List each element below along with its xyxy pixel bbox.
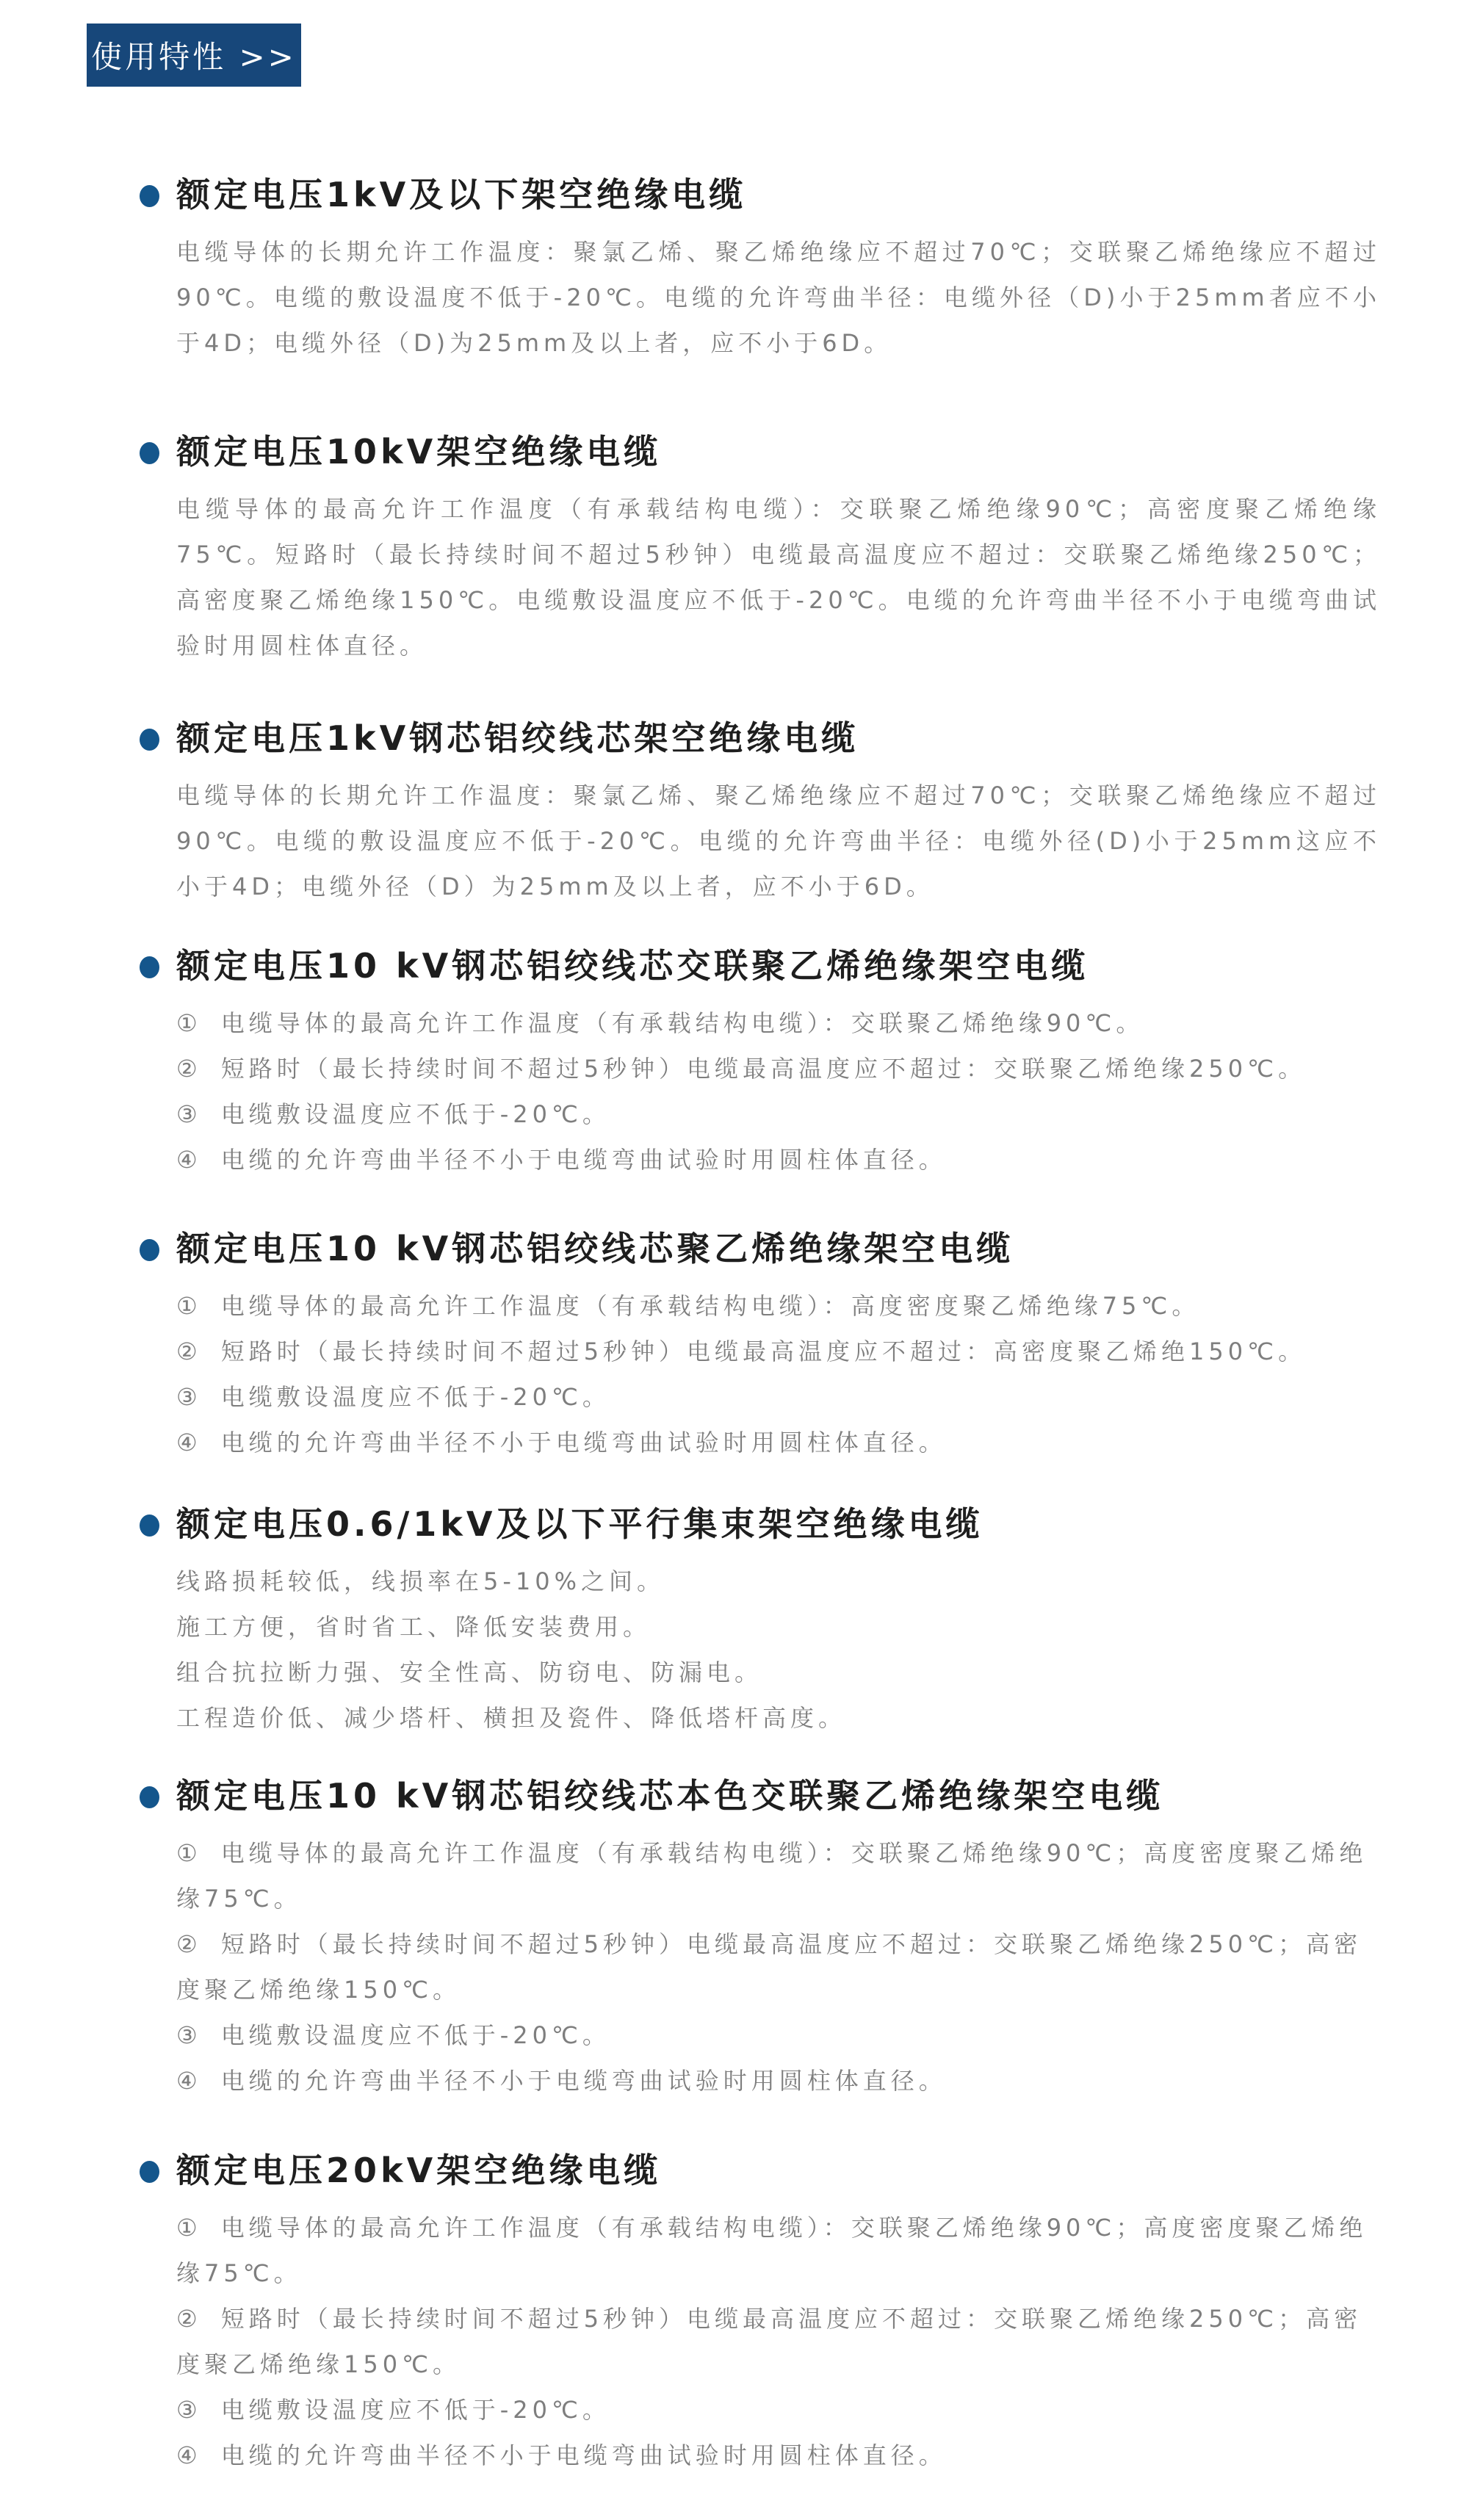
numbered-item: ①电缆导体的最高允许工作温度（有承载结构电缆）：交联聚乙烯绝缘90℃；高度密度聚… — [176, 2205, 1381, 2296]
item-number: ① — [176, 1000, 202, 1046]
numbered-item: ②短路时（最长持续时间不超过5秒钟）电缆最高温度应不超过：交联聚乙烯绝缘250℃… — [176, 1046, 1381, 1091]
section-header: 额定电压10 kV钢芯铝绞线芯聚乙烯绝缘架空电缆 — [176, 1230, 1381, 1267]
section-rated-20kv-overhead: 额定电压20kV架空绝缘电缆 ①电缆导体的最高允许工作温度（有承载结构电缆）：交… — [176, 2152, 1381, 2478]
section-title: 额定电压1kV及以下架空绝缘电缆 — [176, 176, 1381, 213]
item-number: ① — [176, 1830, 202, 1876]
item-text: 短路时（最长持续时间不超过5秒钟）电缆最高温度应不超过：交联聚乙烯绝缘250℃。 — [221, 1055, 1306, 1083]
section-title: 额定电压0.6/1kV及以下平行集束架空绝缘电缆 — [176, 1506, 1381, 1542]
item-number: ② — [176, 1329, 202, 1374]
item-number: ④ — [176, 2433, 202, 2478]
section-header: 额定电压1kV及以下架空绝缘电缆 — [176, 176, 1381, 213]
item-text: 电缆导体的最高允许工作温度（有承载结构电缆）：交联聚乙烯绝缘90℃；高度密度聚乙… — [176, 1839, 1367, 1913]
section-header: 额定电压10 kV钢芯铝绞线芯交联聚乙烯绝缘架空电缆 — [176, 947, 1381, 984]
section-body: ①电缆导体的最高允许工作温度（有承载结构电缆）：高度密度聚乙烯绝缘75℃。 ②短… — [176, 1283, 1381, 1465]
section-paragraph: 电缆导体的最高允许工作温度（有承载结构电缆）：交联聚乙烯绝缘90℃；高密度聚乙烯… — [176, 486, 1381, 668]
section-body: 电缆导体的长期允许工作温度：聚氯乙烯、聚乙烯绝缘应不超过70℃；交联聚乙烯绝缘应… — [176, 773, 1381, 909]
section-paragraph: 电缆导体的长期允许工作温度：聚氯乙烯、聚乙烯绝缘应不超过70℃；交联聚乙烯绝缘应… — [176, 773, 1381, 909]
numbered-item: ④电缆的允许弯曲半径不小于电缆弯曲试验时用圆柱体直径。 — [176, 1137, 1381, 1183]
section-paragraph: 施工方便，省时省工、降低安装费用。 — [176, 1604, 1381, 1650]
numbered-item: ①电缆导体的最高允许工作温度（有承载结构电缆）：交联聚乙烯绝缘90℃；高度密度聚… — [176, 1830, 1381, 1921]
bullet-icon — [140, 185, 159, 207]
item-text: 电缆敷设温度应不低于-20℃。 — [221, 2021, 610, 2049]
section-header: 额定电压10kV架空绝缘电缆 — [176, 433, 1381, 470]
numbered-item: ④电缆的允许弯曲半径不小于电缆弯曲试验时用圆柱体直径。 — [176, 2433, 1381, 2478]
item-number: ④ — [176, 2058, 202, 2104]
section-body: ①电缆导体的最高允许工作温度（有承载结构电缆）：交联聚乙烯绝缘90℃。 ②短路时… — [176, 1000, 1381, 1183]
item-text: 短路时（最长持续时间不超过5秒钟）电缆最高温度应不超过：交联聚乙烯绝缘250℃；… — [176, 1930, 1362, 2004]
section-body: 电缆导体的长期允许工作温度：聚氯乙烯、聚乙烯绝缘应不超过70℃；交联聚乙烯绝缘应… — [176, 229, 1381, 366]
section-rated-1kv-overhead: 额定电压1kV及以下架空绝缘电缆 电缆导体的长期允许工作温度：聚氯乙烯、聚乙烯绝… — [176, 176, 1381, 366]
numbered-item: ②短路时（最长持续时间不超过5秒钟）电缆最高温度应不超过：交联聚乙烯绝缘250℃… — [176, 1921, 1381, 2012]
item-number: ① — [176, 1283, 202, 1329]
section-rated-1kv-steel-core: 额定电压1kV钢芯铝绞线芯架空绝缘电缆 电缆导体的长期允许工作温度：聚氯乙烯、聚… — [176, 720, 1381, 909]
item-number: ③ — [176, 1091, 202, 1137]
bullet-icon — [140, 1239, 159, 1261]
bullet-icon — [140, 1514, 159, 1537]
item-number: ② — [176, 1921, 202, 1967]
item-number: ② — [176, 2296, 202, 2342]
section-title: 额定电压10 kV钢芯铝绞线芯聚乙烯绝缘架空电缆 — [176, 1230, 1381, 1267]
numbered-item: ③电缆敷设温度应不低于-20℃。 — [176, 1091, 1381, 1137]
section-header: 额定电压10 kV钢芯铝绞线芯本色交联聚乙烯绝缘架空电缆 — [176, 1777, 1381, 1814]
item-text: 电缆的允许弯曲半径不小于电缆弯曲试验时用圆柱体直径。 — [221, 2067, 947, 2095]
badge-label: 使用特性 >> — [91, 33, 297, 77]
item-text: 电缆敷设温度应不低于-20℃。 — [221, 1100, 610, 1128]
numbered-item: ①电缆导体的最高允许工作温度（有承载结构电缆）：交联聚乙烯绝缘90℃。 — [176, 1000, 1381, 1046]
numbered-item: ③电缆敷设温度应不低于-20℃。 — [176, 2387, 1381, 2433]
section-rated-0-6-1kv-bundled: 额定电压0.6/1kV及以下平行集束架空绝缘电缆 线路损耗较低，线损率在5-10… — [176, 1506, 1381, 1741]
numbered-item: ③电缆敷设温度应不低于-20℃。 — [176, 2012, 1381, 2058]
section-paragraph: 电缆导体的长期允许工作温度：聚氯乙烯、聚乙烯绝缘应不超过70℃；交联聚乙烯绝缘应… — [176, 229, 1381, 366]
section-title: 额定电压10kV架空绝缘电缆 — [176, 433, 1381, 470]
section-title: 额定电压10 kV钢芯铝绞线芯本色交联聚乙烯绝缘架空电缆 — [176, 1777, 1381, 1814]
numbered-item: ④电缆的允许弯曲半径不小于电缆弯曲试验时用圆柱体直径。 — [176, 1420, 1381, 1465]
section-body: 线路损耗较低，线损率在5-10%之间。 施工方便，省时省工、降低安装费用。 组合… — [176, 1559, 1381, 1741]
item-number: ④ — [176, 1420, 202, 1465]
section-title: 额定电压1kV钢芯铝绞线芯架空绝缘电缆 — [176, 720, 1381, 757]
item-text: 电缆的允许弯曲半径不小于电缆弯曲试验时用圆柱体直径。 — [221, 1429, 947, 1456]
item-number: ① — [176, 2205, 202, 2250]
item-text: 电缆敷设温度应不低于-20℃。 — [221, 1383, 610, 1411]
item-number: ② — [176, 1046, 202, 1091]
item-text: 电缆导体的最高允许工作温度（有承载结构电缆）：高度密度聚乙烯绝缘75℃。 — [221, 1292, 1200, 1320]
section-body: 电缆导体的最高允许工作温度（有承载结构电缆）：交联聚乙烯绝缘90℃；高密度聚乙烯… — [176, 486, 1381, 668]
section-rated-10kv-xlpe: 额定电压10 kV钢芯铝绞线芯交联聚乙烯绝缘架空电缆 ①电缆导体的最高允许工作温… — [176, 947, 1381, 1183]
item-number: ③ — [176, 2387, 202, 2433]
section-title: 额定电压10 kV钢芯铝绞线芯交联聚乙烯绝缘架空电缆 — [176, 947, 1381, 984]
item-text: 短路时（最长持续时间不超过5秒钟）电缆最高温度应不超过：高密度聚乙烯绝150℃。 — [221, 1337, 1306, 1365]
item-number: ③ — [176, 1374, 202, 1420]
bullet-icon — [140, 2161, 159, 2183]
section-paragraph: 组合抗拉断力强、安全性高、防窃电、防漏电。 — [176, 1650, 1381, 1695]
section-body: ①电缆导体的最高允许工作温度（有承载结构电缆）：交联聚乙烯绝缘90℃；高度密度聚… — [176, 1830, 1381, 2104]
bullet-icon — [140, 1786, 159, 1808]
section-rated-10kv-natural-xlpe: 额定电压10 kV钢芯铝绞线芯本色交联聚乙烯绝缘架空电缆 ①电缆导体的最高允许工… — [176, 1777, 1381, 2104]
bullet-icon — [140, 729, 159, 751]
numbered-item: ②短路时（最长持续时间不超过5秒钟）电缆最高温度应不超过：交联聚乙烯绝缘250℃… — [176, 2296, 1381, 2387]
numbered-item: ①电缆导体的最高允许工作温度（有承载结构电缆）：高度密度聚乙烯绝缘75℃。 — [176, 1283, 1381, 1329]
section-rated-10kv-overhead: 额定电压10kV架空绝缘电缆 电缆导体的最高允许工作温度（有承载结构电缆）：交联… — [176, 433, 1381, 668]
item-text: 电缆的允许弯曲半径不小于电缆弯曲试验时用圆柱体直径。 — [221, 1146, 947, 1174]
item-text: 电缆的允许弯曲半径不小于电缆弯曲试验时用圆柱体直径。 — [221, 2441, 947, 2469]
section-header: 额定电压1kV钢芯铝绞线芯架空绝缘电缆 — [176, 720, 1381, 757]
section-title: 额定电压20kV架空绝缘电缆 — [176, 2152, 1381, 2189]
item-text: 电缆敷设温度应不低于-20℃。 — [221, 2396, 610, 2424]
section-header: 额定电压20kV架空绝缘电缆 — [176, 2152, 1381, 2189]
section-rated-10kv-pe: 额定电压10 kV钢芯铝绞线芯聚乙烯绝缘架空电缆 ①电缆导体的最高允许工作温度（… — [176, 1230, 1381, 1465]
item-text: 电缆导体的最高允许工作温度（有承载结构电缆）：交联聚乙烯绝缘90℃；高度密度聚乙… — [176, 2214, 1367, 2287]
item-text: 短路时（最长持续时间不超过5秒钟）电缆最高温度应不超过：交联聚乙烯绝缘250℃；… — [176, 2305, 1362, 2378]
numbered-item: ③电缆敷设温度应不低于-20℃。 — [176, 1374, 1381, 1420]
item-number: ③ — [176, 2012, 202, 2058]
bullet-icon — [140, 442, 159, 464]
bullet-icon — [140, 956, 159, 978]
item-number: ④ — [176, 1137, 202, 1183]
numbered-item: ②短路时（最长持续时间不超过5秒钟）电缆最高温度应不超过：高密度聚乙烯绝150℃… — [176, 1329, 1381, 1374]
numbered-item: ④电缆的允许弯曲半径不小于电缆弯曲试验时用圆柱体直径。 — [176, 2058, 1381, 2104]
section-header: 额定电压0.6/1kV及以下平行集束架空绝缘电缆 — [176, 1506, 1381, 1542]
section-body: ①电缆导体的最高允许工作温度（有承载结构电缆）：交联聚乙烯绝缘90℃；高度密度聚… — [176, 2205, 1381, 2478]
item-text: 电缆导体的最高允许工作温度（有承载结构电缆）：交联聚乙烯绝缘90℃。 — [221, 1009, 1144, 1037]
section-paragraph: 工程造价低、减少塔杆、横担及瓷件、降低塔杆高度。 — [176, 1695, 1381, 1741]
usage-characteristics-badge: 使用特性 >> — [87, 24, 301, 87]
section-paragraph: 线路损耗较低，线损率在5-10%之间。 — [176, 1559, 1381, 1604]
